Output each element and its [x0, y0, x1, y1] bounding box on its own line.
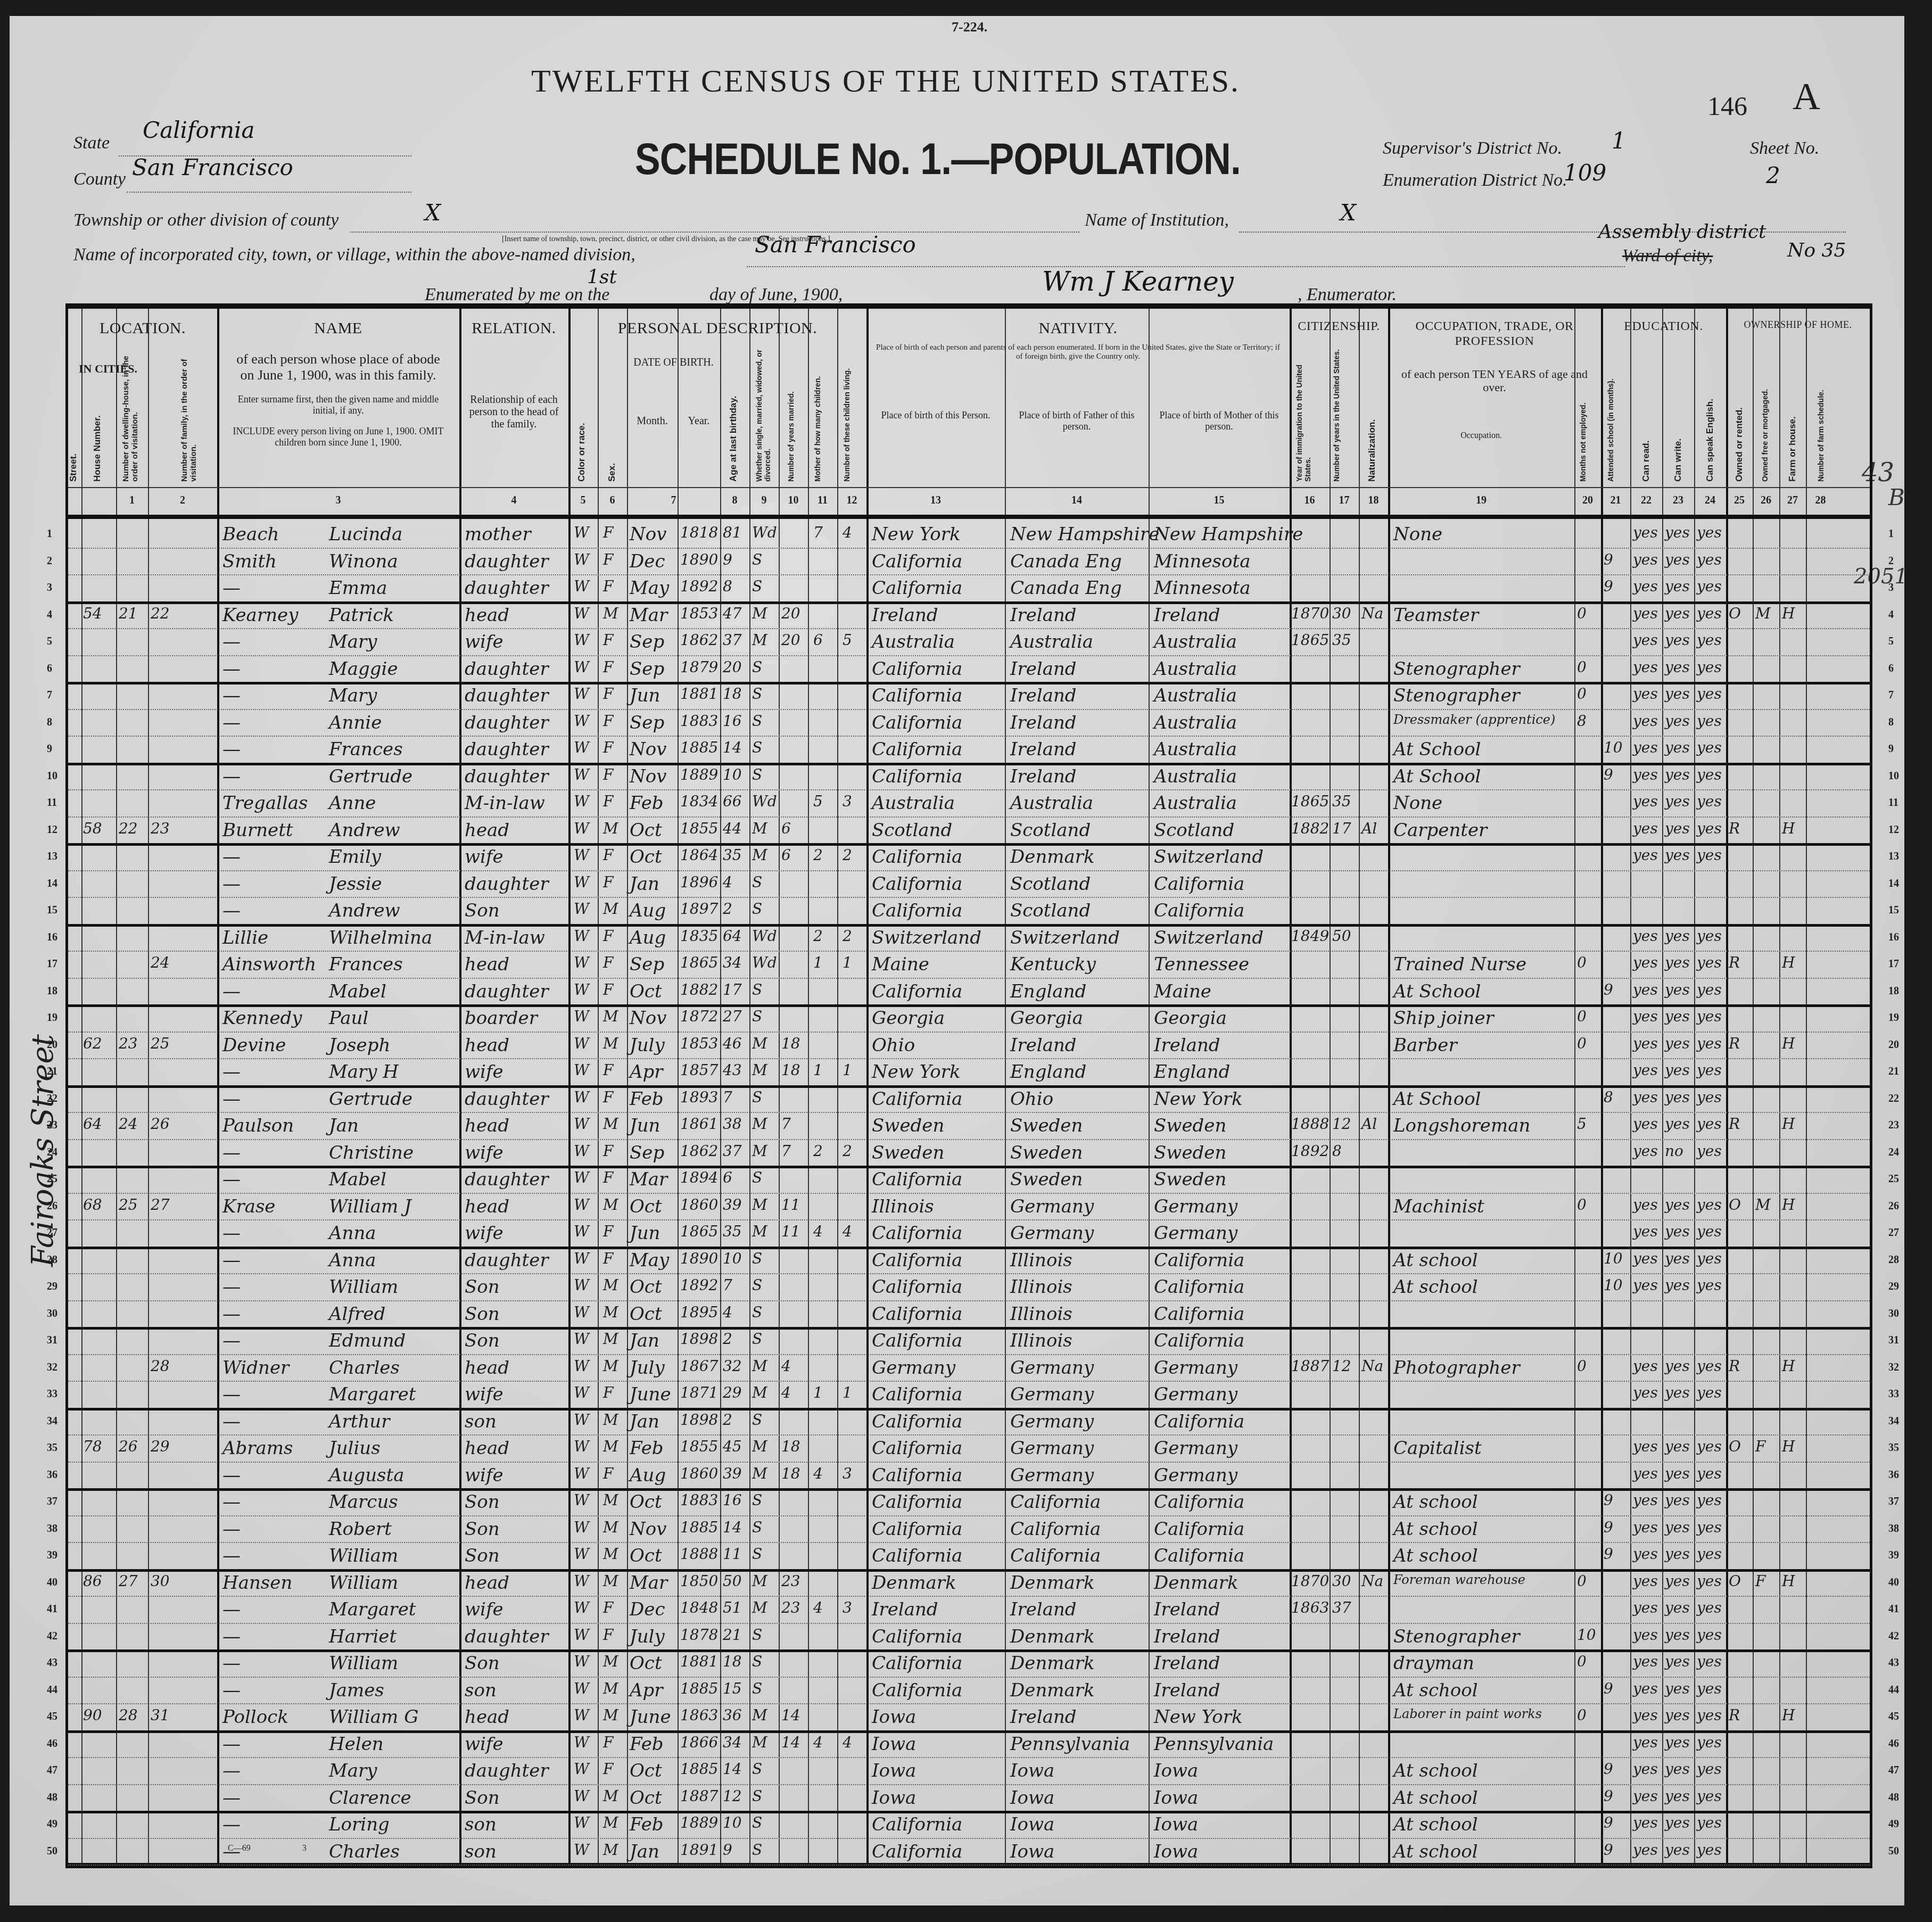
- table-row: —ChristinewifeWFSep186237M722SwedenSwede…: [68, 1139, 1870, 1169]
- relation-cell: mother: [465, 524, 531, 545]
- sex-cell: M: [603, 1035, 618, 1052]
- can-read-cell: yes: [1633, 1088, 1658, 1106]
- father-birthplace-cell: Illinois: [1010, 1330, 1072, 1351]
- can-speak-english-cell: yes: [1697, 658, 1722, 676]
- can-write-cell: yes: [1665, 1545, 1690, 1563]
- sex-cell: M: [603, 1304, 618, 1321]
- father-birthplace-cell: Kentucky: [1010, 954, 1096, 975]
- table-row: —MabeldaughterWFOct188217SCaliforniaEngl…: [68, 978, 1870, 1008]
- can-read-cell: yes: [1633, 578, 1658, 595]
- marital-status-cell: M: [752, 1061, 767, 1079]
- can-read-cell: yes: [1633, 793, 1658, 810]
- year-header: Year.: [678, 415, 720, 427]
- age-cell: 45: [723, 1438, 742, 1455]
- age-cell: 14: [723, 1760, 742, 1778]
- given-name-cell: Maggie: [329, 658, 398, 680]
- birthplace-cell: Scotland: [872, 820, 952, 841]
- age-cell: 7: [723, 1088, 732, 1106]
- marital-status-cell: M: [752, 1357, 767, 1375]
- can-speak-english-cell: yes: [1697, 1680, 1722, 1697]
- line-number-left: 6: [47, 663, 52, 675]
- school-months-cell: 9: [1604, 1814, 1613, 1832]
- enumeration-label: Enumeration District No.: [1383, 170, 1567, 191]
- birthplace-cell: Iowa: [872, 1787, 916, 1809]
- marital-status-cell: S: [752, 1814, 762, 1832]
- birth-month-cell: Oct: [630, 981, 662, 1002]
- birthplace-cell: California: [872, 1680, 962, 1701]
- enumerated-prefix: Enumerated by me on the: [425, 285, 609, 305]
- line-number: 10: [1888, 770, 1899, 782]
- table-row: —Mary HwifeWFApr185743M1811New YorkEngla…: [68, 1058, 1870, 1088]
- dwelling-number-cell: 23: [119, 1035, 138, 1052]
- can-read-cell: yes: [1633, 1465, 1658, 1482]
- age-cell: 2: [723, 900, 732, 918]
- relation-cell: Son: [465, 1304, 500, 1325]
- marital-status-cell: M: [752, 631, 767, 649]
- can-read-cell: yes: [1633, 1572, 1658, 1590]
- years-in-us-cell: 30: [1332, 1572, 1351, 1590]
- supervisor-value: 1: [1612, 128, 1626, 154]
- mother-of-cell: 4: [813, 1734, 823, 1751]
- children-living-cell: 4: [843, 524, 852, 541]
- table-row: 28WidnerCharlesheadWMJuly186732M4Germany…: [68, 1354, 1870, 1382]
- line-number: 35: [1888, 1442, 1899, 1454]
- line-number-left: 11: [47, 797, 57, 809]
- birthplace-cell: California: [872, 1814, 962, 1835]
- can-read-cell: yes: [1633, 1680, 1658, 1697]
- owned-rented-cell: O: [1729, 1572, 1741, 1590]
- county-value: San Francisco: [132, 154, 293, 180]
- age-cell: 20: [723, 658, 742, 676]
- occupation-subheader: Occupation.: [1388, 431, 1574, 441]
- table-row: —MabeldaughterWFMar18946SCaliforniaSwede…: [68, 1166, 1870, 1194]
- years-married-cell: 23: [781, 1572, 800, 1590]
- surname-cell: Hansen: [222, 1572, 292, 1594]
- sex-cell: M: [603, 1196, 618, 1214]
- family-number-cell: 31: [151, 1706, 170, 1724]
- children-living-cell: 2: [843, 927, 852, 945]
- sex-cell: F: [603, 551, 613, 568]
- birth-year-cell: 1862: [680, 631, 718, 649]
- line-number-left: 28: [47, 1254, 57, 1266]
- father-birthplace-cell: Sweden: [1010, 1115, 1083, 1136]
- occupation-cell: Stenographer: [1393, 658, 1520, 680]
- birth-month-cell: Feb: [630, 1814, 664, 1835]
- line-number: 33: [1888, 1388, 1899, 1400]
- mother-birthplace-cell: Ireland: [1154, 1599, 1220, 1620]
- mother-of-cell: 1: [813, 1384, 823, 1401]
- can-speak-english-cell: yes: [1697, 1142, 1722, 1160]
- age-cell: 2: [723, 1411, 732, 1429]
- can-write-cell: yes: [1665, 1491, 1690, 1509]
- birth-year-cell: 1892: [680, 578, 718, 595]
- line-number: 7: [1888, 689, 1894, 702]
- birthplace-cell: California: [872, 1330, 962, 1351]
- birthplace-cell: California: [872, 1276, 962, 1298]
- mother-of-cell: 2: [813, 1142, 823, 1160]
- immigration-year-cell: 1865: [1291, 631, 1329, 649]
- relation-cell: daughter: [465, 873, 549, 895]
- marital-status-cell: S: [752, 1787, 762, 1805]
- can-write-cell: yes: [1665, 739, 1690, 756]
- color-cell: W: [574, 551, 589, 568]
- mother-birthplace-cell: Iowa: [1154, 1787, 1198, 1809]
- father-birthplace-cell: Denmark: [1010, 1626, 1095, 1647]
- line-number: 45: [1888, 1711, 1899, 1723]
- birth-year-cell: 1872: [680, 1008, 718, 1025]
- given-name-cell: Helen: [329, 1734, 384, 1755]
- marital-status-cell: S: [752, 1304, 762, 1321]
- age-col-header: Age at last birthday.: [728, 362, 739, 482]
- age-cell: 6: [723, 1169, 732, 1186]
- can-speak-english-cell: yes: [1697, 685, 1722, 703]
- age-cell: 16: [723, 712, 742, 730]
- color-cell: W: [574, 1115, 589, 1133]
- surname-cell: Devine: [222, 1035, 286, 1056]
- given-name-cell: Margaret: [329, 1599, 416, 1620]
- ward-label: Ward of city,: [1622, 246, 1713, 266]
- surname-cell: —: [222, 1545, 241, 1566]
- occupation-cell: Foreman warehouse: [1393, 1572, 1525, 1587]
- surname-cell: —: [222, 1250, 241, 1271]
- color-cell: W: [574, 1491, 589, 1509]
- color-cell: W: [574, 1196, 589, 1214]
- can-speak-english-cell: yes: [1697, 712, 1722, 730]
- relation-cell: wife: [465, 631, 503, 653]
- father-birthplace-cell: Pennsylvania: [1010, 1734, 1130, 1755]
- surname-cell: Burnett: [222, 820, 293, 841]
- sex-cell: M: [603, 1276, 618, 1294]
- years-in-us-cell: 30: [1332, 605, 1351, 622]
- immigration-year-cell: 1870: [1291, 605, 1329, 622]
- family-number-cell: 23: [151, 820, 170, 837]
- sex-cell: M: [603, 1357, 618, 1375]
- relation-cell: wife: [465, 1142, 503, 1164]
- can-read-cell: yes: [1633, 1438, 1658, 1455]
- birthplace-cell: Ohio: [872, 1035, 915, 1056]
- ward-annotation: Assembly district: [1598, 221, 1766, 243]
- occupation-cell: At school: [1393, 1276, 1478, 1298]
- birth-year-cell: 1885: [680, 1519, 718, 1536]
- can-read-cell: yes: [1633, 631, 1658, 649]
- can-write-cell: yes: [1665, 712, 1690, 730]
- family-number-cell: 27: [151, 1196, 170, 1214]
- age-cell: 18: [723, 1653, 742, 1670]
- can-write-cell: yes: [1665, 1519, 1690, 1536]
- line-number: 19: [1888, 1012, 1899, 1024]
- name-instruction-2: INCLUDE every person living on June 1, 1…: [228, 426, 449, 448]
- sex-cell: M: [603, 1706, 618, 1724]
- owned-free-cell: M: [1755, 1196, 1771, 1214]
- can-read-cell: yes: [1633, 658, 1658, 676]
- relation-cell: daughter: [465, 685, 549, 706]
- table-row: —AnnadaughterWFMay189010SCaliforniaIllin…: [68, 1247, 1870, 1275]
- relation-cell: daughter: [465, 1626, 549, 1647]
- occupation-cell: At school: [1393, 1814, 1478, 1835]
- father-birthplace-cell: Iowa: [1010, 1814, 1054, 1835]
- given-name-cell: Mary: [329, 685, 377, 706]
- birthplace-cell: California: [872, 1223, 962, 1244]
- color-col-header: Color or race.: [576, 394, 587, 482]
- owned-free-cell: F: [1755, 1438, 1765, 1455]
- mother-birthplace-cell: Ireland: [1154, 605, 1220, 626]
- father-birthplace-cell: Illinois: [1010, 1304, 1072, 1325]
- relation-cell: wife: [465, 1061, 503, 1083]
- line-number: 6: [1888, 663, 1894, 675]
- line-number-left: 23: [47, 1119, 57, 1132]
- marital-status-cell: S: [752, 712, 762, 730]
- table-row: BeachLucindamotherWFNov181881Wd74New Yor…: [68, 521, 1870, 549]
- sex-cell: M: [603, 900, 618, 918]
- table-row: —JamessonWMApr188515SCaliforniaDenmarkIr…: [68, 1677, 1870, 1705]
- father-birthplace-cell: Sweden: [1010, 1142, 1083, 1164]
- can-write-col-header: Can write.: [1673, 415, 1683, 482]
- sex-cell: M: [603, 1115, 618, 1133]
- occupation-cell: At School: [1393, 766, 1481, 787]
- marital-status-cell: Wd: [752, 954, 777, 971]
- form-number: 7-224.: [952, 19, 987, 35]
- father-birthplace-cell: Germany: [1010, 1196, 1094, 1217]
- years-married-col-header: Number of years married.: [787, 341, 795, 482]
- color-cell: W: [574, 1061, 589, 1079]
- birth-month-cell: Nov: [630, 739, 666, 760]
- age-cell: 32: [723, 1357, 742, 1375]
- months-unemployed-cell: 0: [1577, 605, 1587, 622]
- table-row: —GertrudedaughterWFNov188910SCaliforniaI…: [68, 763, 1870, 791]
- birth-year-cell: 1897: [680, 900, 718, 918]
- age-cell: 10: [723, 766, 742, 783]
- owned-rented-cell: R: [1729, 820, 1740, 837]
- relation-cell: M-in-law: [465, 927, 545, 948]
- age-cell: 64: [723, 927, 742, 945]
- mother-birthplace-cell: Germany: [1154, 1196, 1237, 1217]
- years-married-cell: 11: [781, 1223, 800, 1240]
- table-row: 902831PollockWilliam GheadWMJune186336M1…: [68, 1703, 1870, 1733]
- can-speak-english-cell: yes: [1697, 1384, 1722, 1401]
- line-number: 1: [1888, 528, 1894, 540]
- table-row: —AnnawifeWFJun186535M1144CaliforniaGerma…: [68, 1219, 1870, 1249]
- birthplace-cell: California: [872, 1491, 962, 1513]
- marital-col-header: Whether single, married, widowed, or div…: [755, 341, 772, 482]
- age-cell: 10: [723, 1250, 742, 1267]
- relation-cell: wife: [465, 1734, 503, 1755]
- house-number-cell: 78: [83, 1438, 102, 1455]
- birth-month-cell: Nov: [630, 1008, 666, 1029]
- birth-month-cell: Oct: [630, 1653, 662, 1674]
- surname-cell: Abrams: [222, 1438, 293, 1459]
- can-write-cell: yes: [1665, 685, 1690, 703]
- ward-value: No 35: [1787, 240, 1846, 261]
- father-birthplace-cell: Ireland: [1010, 605, 1077, 626]
- can-speak-english-cell: yes: [1697, 1572, 1722, 1590]
- years-married-cell: 4: [781, 1357, 791, 1375]
- sex-cell: F: [603, 739, 613, 756]
- dwelling-number-cell: 25: [119, 1196, 138, 1214]
- months-unemployed-cell: 0: [1577, 1008, 1587, 1025]
- relation-cell: boarder: [465, 1008, 538, 1029]
- months-unemployed-cell: 0: [1577, 1035, 1587, 1052]
- birth-month-cell: Mar: [630, 605, 667, 626]
- family-number-cell: 30: [151, 1572, 170, 1590]
- occupation-cell: At school: [1393, 1250, 1478, 1271]
- relation-cell: head: [465, 1115, 509, 1136]
- birth-month-cell: Sep: [630, 954, 664, 975]
- birth-month-cell: Oct: [630, 1787, 662, 1809]
- occupation-header: OCCUPATION, TRADE, OR PROFESSION: [1388, 319, 1601, 349]
- sex-cell: M: [603, 1438, 618, 1455]
- occupation-cell: Laborer in paint works: [1393, 1706, 1542, 1721]
- line-number: 37: [1888, 1496, 1899, 1508]
- mother-birthplace-cell: California: [1154, 1330, 1244, 1351]
- relation-cell: son: [465, 1680, 497, 1701]
- enumeration-value: 109: [1564, 160, 1606, 186]
- line-number: 32: [1888, 1362, 1899, 1374]
- immigration-year-cell: 1870: [1291, 1572, 1329, 1590]
- birth-month-cell: Sep: [630, 658, 664, 680]
- table-row: —AlfredSonWMOct18954SCaliforniaIllinoisC…: [68, 1300, 1870, 1330]
- mother-of-cell: 2: [813, 846, 823, 864]
- marital-status-cell: S: [752, 1008, 762, 1025]
- sex-cell: F: [603, 578, 613, 595]
- given-name-cell: Mary H: [329, 1061, 399, 1083]
- can-speak-english-col-header: Can speak English.: [1705, 373, 1715, 482]
- years-in-us-cell: 17: [1332, 820, 1351, 837]
- given-name-cell: Winona: [329, 551, 398, 572]
- surname-cell: —: [222, 1061, 241, 1083]
- line-number-left: 21: [47, 1066, 57, 1078]
- table-row: —ClarenceSonWMOct188712SIowaIowaIowaAt s…: [68, 1784, 1870, 1814]
- given-name-cell: Anna: [329, 1223, 376, 1244]
- line-number-left: 13: [47, 851, 57, 863]
- school-months-cell: 10: [1604, 739, 1623, 756]
- citizenship-header: CITIZENSHIP.: [1290, 319, 1388, 334]
- line-number-left: 32: [47, 1362, 57, 1374]
- father-birthplace-cell: Denmark: [1010, 846, 1095, 868]
- line-number: 21: [1888, 1066, 1899, 1078]
- color-cell: W: [574, 1411, 589, 1429]
- marital-status-cell: M: [752, 1465, 767, 1482]
- age-cell: 15: [723, 1680, 742, 1697]
- marital-status-cell: S: [752, 1653, 762, 1670]
- marital-status-cell: S: [752, 551, 762, 568]
- birthplace-cell: Sweden: [872, 1115, 944, 1136]
- sex-cell: F: [603, 1734, 613, 1751]
- surname-cell: —: [222, 578, 241, 599]
- mother-birthplace-cell: Ireland: [1154, 1680, 1220, 1701]
- table-row: —LoringsonWMFeb188910SCaliforniaIowaIowa…: [68, 1811, 1870, 1839]
- can-read-cell: yes: [1633, 1357, 1658, 1375]
- birthplace-cell: California: [872, 1411, 962, 1432]
- surname-cell: Krase: [222, 1196, 276, 1217]
- father-birthplace-cell: Scotland: [1010, 900, 1091, 921]
- color-cell: W: [574, 1035, 589, 1052]
- can-read-cell: yes: [1633, 1061, 1658, 1079]
- can-write-cell: yes: [1665, 1115, 1690, 1133]
- can-write-cell: yes: [1665, 846, 1690, 864]
- birth-month-cell: Aug: [630, 900, 666, 921]
- birth-month-cell: May: [630, 1250, 669, 1271]
- line-number: 24: [1888, 1146, 1899, 1159]
- naturalization-cell: Na: [1361, 1357, 1383, 1375]
- line-number: 9: [1888, 743, 1894, 755]
- color-cell: W: [574, 1250, 589, 1267]
- birth-year-cell: 1848: [680, 1599, 718, 1616]
- birth-month-cell: Sep: [630, 712, 664, 733]
- mother-birthplace-cell: Tennessee: [1154, 954, 1249, 975]
- table-row: LillieWilhelminaM-in-lawWFAug183564Wd22S…: [68, 924, 1870, 952]
- table-row: —EdmundSonWMJan18982SCaliforniaIllinoisC…: [68, 1327, 1870, 1355]
- sex-cell: F: [603, 873, 613, 891]
- birthplace-cell: California: [872, 1626, 962, 1647]
- footer-code: C—69: [228, 1844, 251, 1853]
- birth-month-cell: Aug: [630, 927, 666, 948]
- color-cell: W: [574, 1653, 589, 1670]
- marital-status-cell: M: [752, 1115, 767, 1133]
- table-row: —WilliamSonWMOct188811SCaliforniaCalifor…: [68, 1542, 1870, 1572]
- given-name-cell: William: [329, 1653, 398, 1674]
- color-cell: W: [574, 1169, 589, 1186]
- birth-month-cell: Mar: [630, 1169, 667, 1190]
- table-row: —MarydaughterWFJun188118SCaliforniaIrela…: [68, 682, 1870, 710]
- birth-year-cell: 1895: [680, 1304, 718, 1321]
- birthplace-cell: Iowa: [872, 1734, 916, 1755]
- birth-month-cell: Apr: [630, 1680, 663, 1701]
- children-living-cell: 1: [843, 1061, 852, 1079]
- can-read-cell: yes: [1633, 605, 1658, 622]
- occupation-cell: Photographer: [1393, 1357, 1520, 1379]
- sex-cell: F: [603, 846, 613, 864]
- sex-cell: M: [603, 1008, 618, 1025]
- color-cell: W: [574, 712, 589, 730]
- relation-cell: Son: [465, 1491, 500, 1513]
- mother-birthplace-cell: Australia: [1154, 685, 1237, 706]
- birth-year-cell: 1898: [680, 1411, 718, 1429]
- father-birthplace-cell: England: [1010, 1061, 1086, 1083]
- occupation-cell: Stenographer: [1393, 1626, 1520, 1647]
- relation-cell: wife: [465, 1465, 503, 1486]
- years-married-cell: 6: [781, 820, 791, 837]
- children-living-cell: 4: [843, 1223, 852, 1240]
- occupation-cell: None: [1393, 793, 1442, 814]
- birth-month-cell: June: [630, 1384, 671, 1405]
- line-number-left: 37: [47, 1496, 57, 1508]
- line-number-left: 30: [47, 1308, 57, 1320]
- color-cell: W: [574, 658, 589, 676]
- occupation-cell: Longshoreman: [1393, 1115, 1530, 1136]
- birth-year-cell: 1867: [680, 1357, 718, 1375]
- years-in-us-cell: 50: [1332, 927, 1351, 945]
- immigration-year-cell: 1849: [1291, 927, 1329, 945]
- mother-of-cell: 1: [813, 1061, 823, 1079]
- color-cell: W: [574, 685, 589, 703]
- school-months-cell: 10: [1604, 1276, 1623, 1294]
- months-unemployed-cell: 0: [1577, 658, 1587, 676]
- birthplace-cell: Illinois: [872, 1196, 934, 1217]
- table-row: 582223BurnettAndrewheadWMOct185544M6Scot…: [68, 816, 1870, 846]
- color-cell: W: [574, 1599, 589, 1616]
- surname-cell: —: [222, 900, 241, 921]
- line-number-left: 24: [47, 1146, 57, 1159]
- owned-rented-cell: R: [1729, 1035, 1740, 1052]
- marital-status-cell: S: [752, 1760, 762, 1778]
- surname-cell: —: [222, 1814, 241, 1835]
- birthplace-cell: California: [872, 1169, 962, 1190]
- color-cell: W: [574, 1706, 589, 1724]
- months-unemployed-cell: 0: [1577, 1706, 1587, 1724]
- line-number: 38: [1888, 1523, 1899, 1535]
- age-cell: 51: [723, 1599, 742, 1616]
- age-cell: 37: [723, 631, 742, 649]
